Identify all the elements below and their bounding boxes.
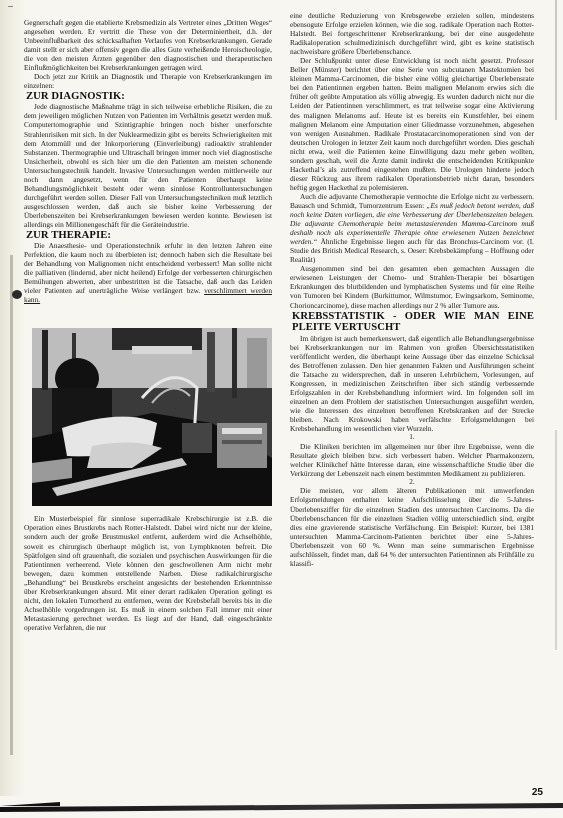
intro-paragraph: Gegnerschaft gegen die etablierte Krebsm…	[24, 18, 272, 72]
photo-illustration	[32, 328, 272, 506]
heading-diagnostik: ZUR DIAGNOSTIK:	[26, 91, 272, 102]
chemotherapie-paragraph: Auch die adjuvante Chemotherapie vermoch…	[290, 192, 534, 264]
margin-ink-mark	[12, 290, 22, 299]
exceptions-paragraph: Ausgenommen sind bei den gesamten eben g…	[290, 264, 534, 309]
chemotherapie-source: Ähnliche Ergebnisse liegen auch für das …	[290, 237, 534, 264]
intro-transition-paragraph: Doch jetzt zur Kritik an Diagnostik und …	[24, 72, 272, 90]
photo-caption-paragraph: Ein Musterbeispiel für sinnlose superrad…	[24, 514, 272, 632]
melanom-paragraph: Der Schlußpunkt unter diese Entwicklung …	[290, 56, 534, 192]
page-binding-edge	[0, 0, 26, 818]
left-column: Gegnerschaft gegen die etablierte Krebsm…	[24, 18, 272, 632]
scan-mark	[8, 6, 13, 7]
page-edge-shadow	[555, 430, 557, 650]
heading-krebsstatistik: KREBSSTATISTIK - ODER WIE MAN EINE PLEIT…	[292, 311, 534, 333]
page-edge-shadow	[555, 0, 557, 120]
operating-room-photo	[32, 328, 272, 506]
publikationen-paragraph: Die meisten, vor allem älteren Publikati…	[290, 486, 534, 567]
kliniken-paragraph: Die Kliniken berichten im allgemeinen nu…	[290, 442, 534, 478]
section-number-1: 1.	[290, 433, 534, 442]
radical-surgery-paragraph: eine deutliche Reduzierung von Krebsgewe…	[290, 11, 534, 56]
therapie-paragraph: Die Anaesthesie- und Operationstechnik e…	[24, 241, 272, 304]
diagnostik-paragraph: Jede diagnostische Maßnahme trägt in sic…	[24, 102, 272, 229]
heading-therapie: ZUR THERAPIE:	[26, 230, 272, 241]
section-number-2: 2.	[290, 478, 534, 487]
right-column: eine deutliche Reduzierung von Krebsgewe…	[290, 11, 534, 568]
scan-bottom-edge	[0, 796, 563, 818]
statistik-paragraph: Im übrigen ist auch bemerkenswert, daß e…	[290, 334, 534, 434]
